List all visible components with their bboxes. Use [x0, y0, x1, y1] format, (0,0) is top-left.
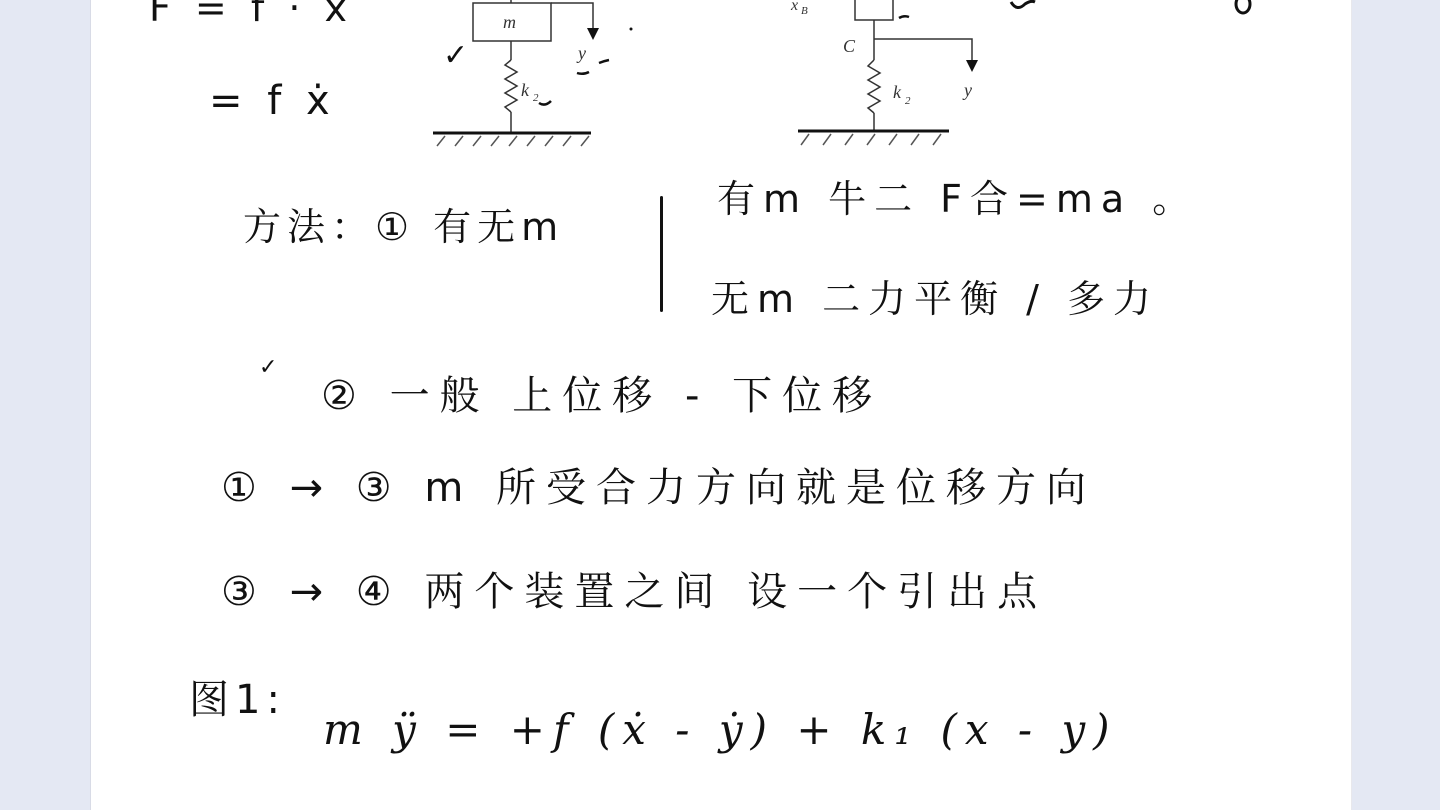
formula-line-1: F = f · x [149, 0, 353, 30]
step-2: ② 一般 上位移 - 下位移 [321, 364, 882, 421]
spring-k2-2 [868, 60, 880, 113]
equation-fig1: m ÿ = +f (ẋ - ẏ) + k₁ (x - y) [323, 705, 1118, 754]
svg-text:2: 2 [905, 95, 911, 107]
branch-divider [660, 196, 663, 312]
svg-text:B: B [801, 5, 808, 17]
step-3: ① → ③ m 所受合力方向就是位移方向 [221, 456, 1096, 513]
point-xb-label: x [790, 0, 798, 14]
formula-line-2: = f ẋ [209, 78, 336, 124]
spring-label: k [521, 80, 530, 100]
arrow-y-label: y [576, 43, 586, 63]
step-4: ③ → ④ 两个装置之间 设一个引出点 [221, 560, 1047, 617]
point-c-label: C [843, 36, 856, 56]
svg-text:2: 2 [533, 92, 539, 104]
arrow-y-label-2: y [962, 80, 972, 100]
method-label: 方法：① 有无m [243, 196, 564, 251]
check-mark-2: ✓ [259, 355, 283, 380]
document-page: F = f · x = f ẋ m y k 2 ✓ x B [90, 0, 1352, 810]
mass-spring-diagram-2: x B C y k 2 [781, 0, 981, 155]
spring-k2 [505, 60, 517, 112]
spring-label-2: k [893, 82, 902, 102]
branch-with-mass: 有m 牛二 F合=ma 。 [717, 168, 1198, 223]
branch-without-mass: 无m 二力平衡 / 多力 [711, 268, 1159, 323]
mass-spring-diagram-1: m y k 2 [421, 0, 651, 155]
figure-label: 图1: [189, 668, 286, 725]
check-mark-1: ✓ [443, 38, 474, 73]
handwritten-mark-top [1009, 0, 1039, 14]
handwritten-circle-mark [1233, 0, 1257, 16]
mass-label: m [503, 12, 516, 32]
